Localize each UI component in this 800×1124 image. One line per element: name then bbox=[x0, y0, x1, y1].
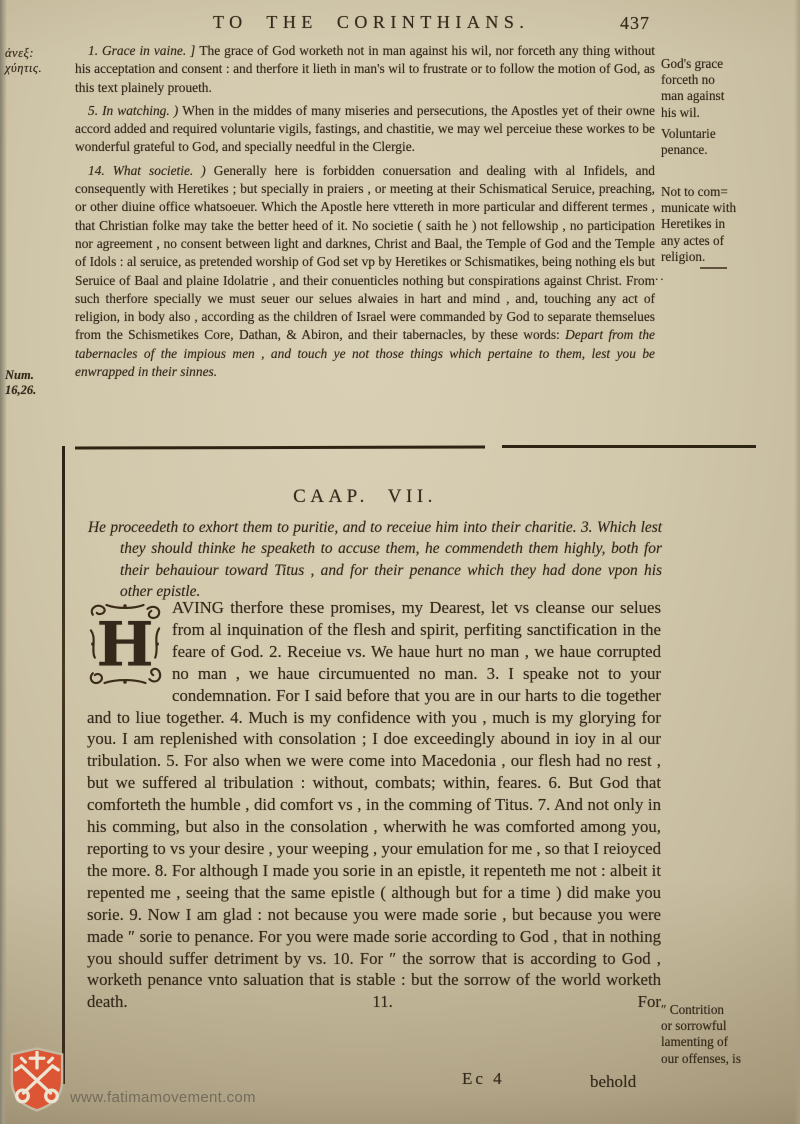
margin-note-voluntarie: Voluntarie penance. bbox=[661, 126, 793, 158]
body-paragraph: AVING therfore these promises, my Deares… bbox=[87, 598, 661, 1011]
running-title: TO THE CORINTHIANS. bbox=[213, 12, 529, 33]
margin-note-grace: God's grace forceth no man against his w… bbox=[661, 56, 793, 121]
horizontal-rule-right-segment bbox=[502, 445, 756, 448]
annotation-paragraph: 14. What societie. ) Generally here is f… bbox=[75, 162, 655, 382]
horizontal-rule-left-segment bbox=[75, 445, 485, 449]
annotation-lead: 5. In watching. ) bbox=[88, 103, 182, 118]
margin-note-contrition: ″ Contrition or sorrowful lamenting of o… bbox=[661, 1002, 793, 1067]
margin-note-greek: ἀνεξ: χύητις. bbox=[5, 46, 57, 76]
annotations-column: 1. Grace in vaine. ] The grace of God wo… bbox=[75, 42, 655, 386]
margin-note-citation: Num. 16,26. bbox=[5, 368, 57, 398]
vertical-column-rule bbox=[62, 446, 65, 1084]
chapter-argument: He proceedeth to exhort them to puritie,… bbox=[88, 517, 662, 603]
annotation-lead: 14. What societie. ) bbox=[88, 163, 214, 178]
crossed-keys-shield-icon bbox=[8, 1046, 66, 1113]
chapter-body-text: H AVING therfore these promises, my Dear… bbox=[87, 597, 661, 1013]
annotation-paragraph: 1. Grace in vaine. ] The grace of God wo… bbox=[75, 42, 655, 97]
page-left-edge bbox=[0, 0, 7, 1124]
margin-underline-mark bbox=[700, 267, 727, 269]
ornate-initial-capital: H bbox=[87, 600, 163, 688]
watermark-url: www.fatimamovement.com bbox=[70, 1089, 256, 1106]
scanned-book-page: TO THE CORINTHIANS. 437 ἀνεξ: χύητις. Nu… bbox=[0, 0, 800, 1124]
stray-ink-marks: .. bbox=[655, 268, 666, 284]
annotation-paragraph: 5. In watching. ) When in the middes of … bbox=[75, 102, 655, 157]
gathering-signature: Ec 4 bbox=[462, 1069, 505, 1089]
page-number: 437 bbox=[620, 13, 650, 34]
catchword: behold bbox=[590, 1072, 636, 1092]
dropcap-letter: H bbox=[96, 609, 153, 680]
margin-note-communicate: Not to com= municate with Heretikes in a… bbox=[661, 184, 793, 265]
chapter-heading: CAAP. VII. bbox=[75, 486, 655, 508]
annotation-body: Generally here is forbidden conuersation… bbox=[75, 163, 655, 343]
annotation-lead: 1. Grace in vaine. ] bbox=[88, 43, 199, 58]
page-right-edge bbox=[794, 0, 800, 1124]
